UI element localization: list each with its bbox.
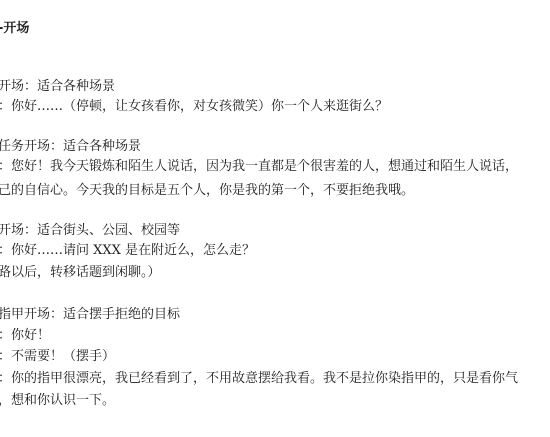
document-page: -开场 开场：适合各种场景 ：你好……（停顿，让女孩看你，对女孩微笑）你一个人来…: [0, 0, 550, 437]
dialogue-line: ：你好……（停顿，让女孩看你，对女孩微笑）你一个人来逛街么？: [0, 98, 388, 116]
section-title: 开场：适合街头、公园、校园等: [0, 222, 180, 240]
dialogue-line: ，想和你认识一下。: [0, 392, 115, 410]
dialogue-line: ：不需要！（摆手）: [0, 348, 115, 366]
section-title: 任务开场：适合各种场景: [0, 138, 141, 156]
dialogue-line: 路以后，转移话题到闲聊。）: [0, 264, 161, 282]
dialogue-line: ：您好！我今天锻炼和陌生人说话，因为我一直都是个很害羞的人，想通过和陌生人说话，: [0, 158, 518, 176]
dialogue-line: ：你的指甲很漂亮，我已经看到了，不用故意摆给我看。我不是拉你染指甲的，只是看你气: [0, 370, 518, 388]
dialogue-line: ：你好！: [0, 327, 50, 345]
section-title: 指甲开场：适合摆手拒绝的目标: [0, 306, 180, 324]
dialogue-line: 己的自信心。今天我的目标是五个人，你是我的第一个，不要拒绝我哦。: [0, 182, 414, 200]
section-heading: -开场: [0, 20, 29, 38]
section-title: 开场：适合各种场景: [0, 78, 115, 96]
dialogue-line: ：你好……请问 XXX 是在附近么，怎么走？: [0, 242, 255, 260]
